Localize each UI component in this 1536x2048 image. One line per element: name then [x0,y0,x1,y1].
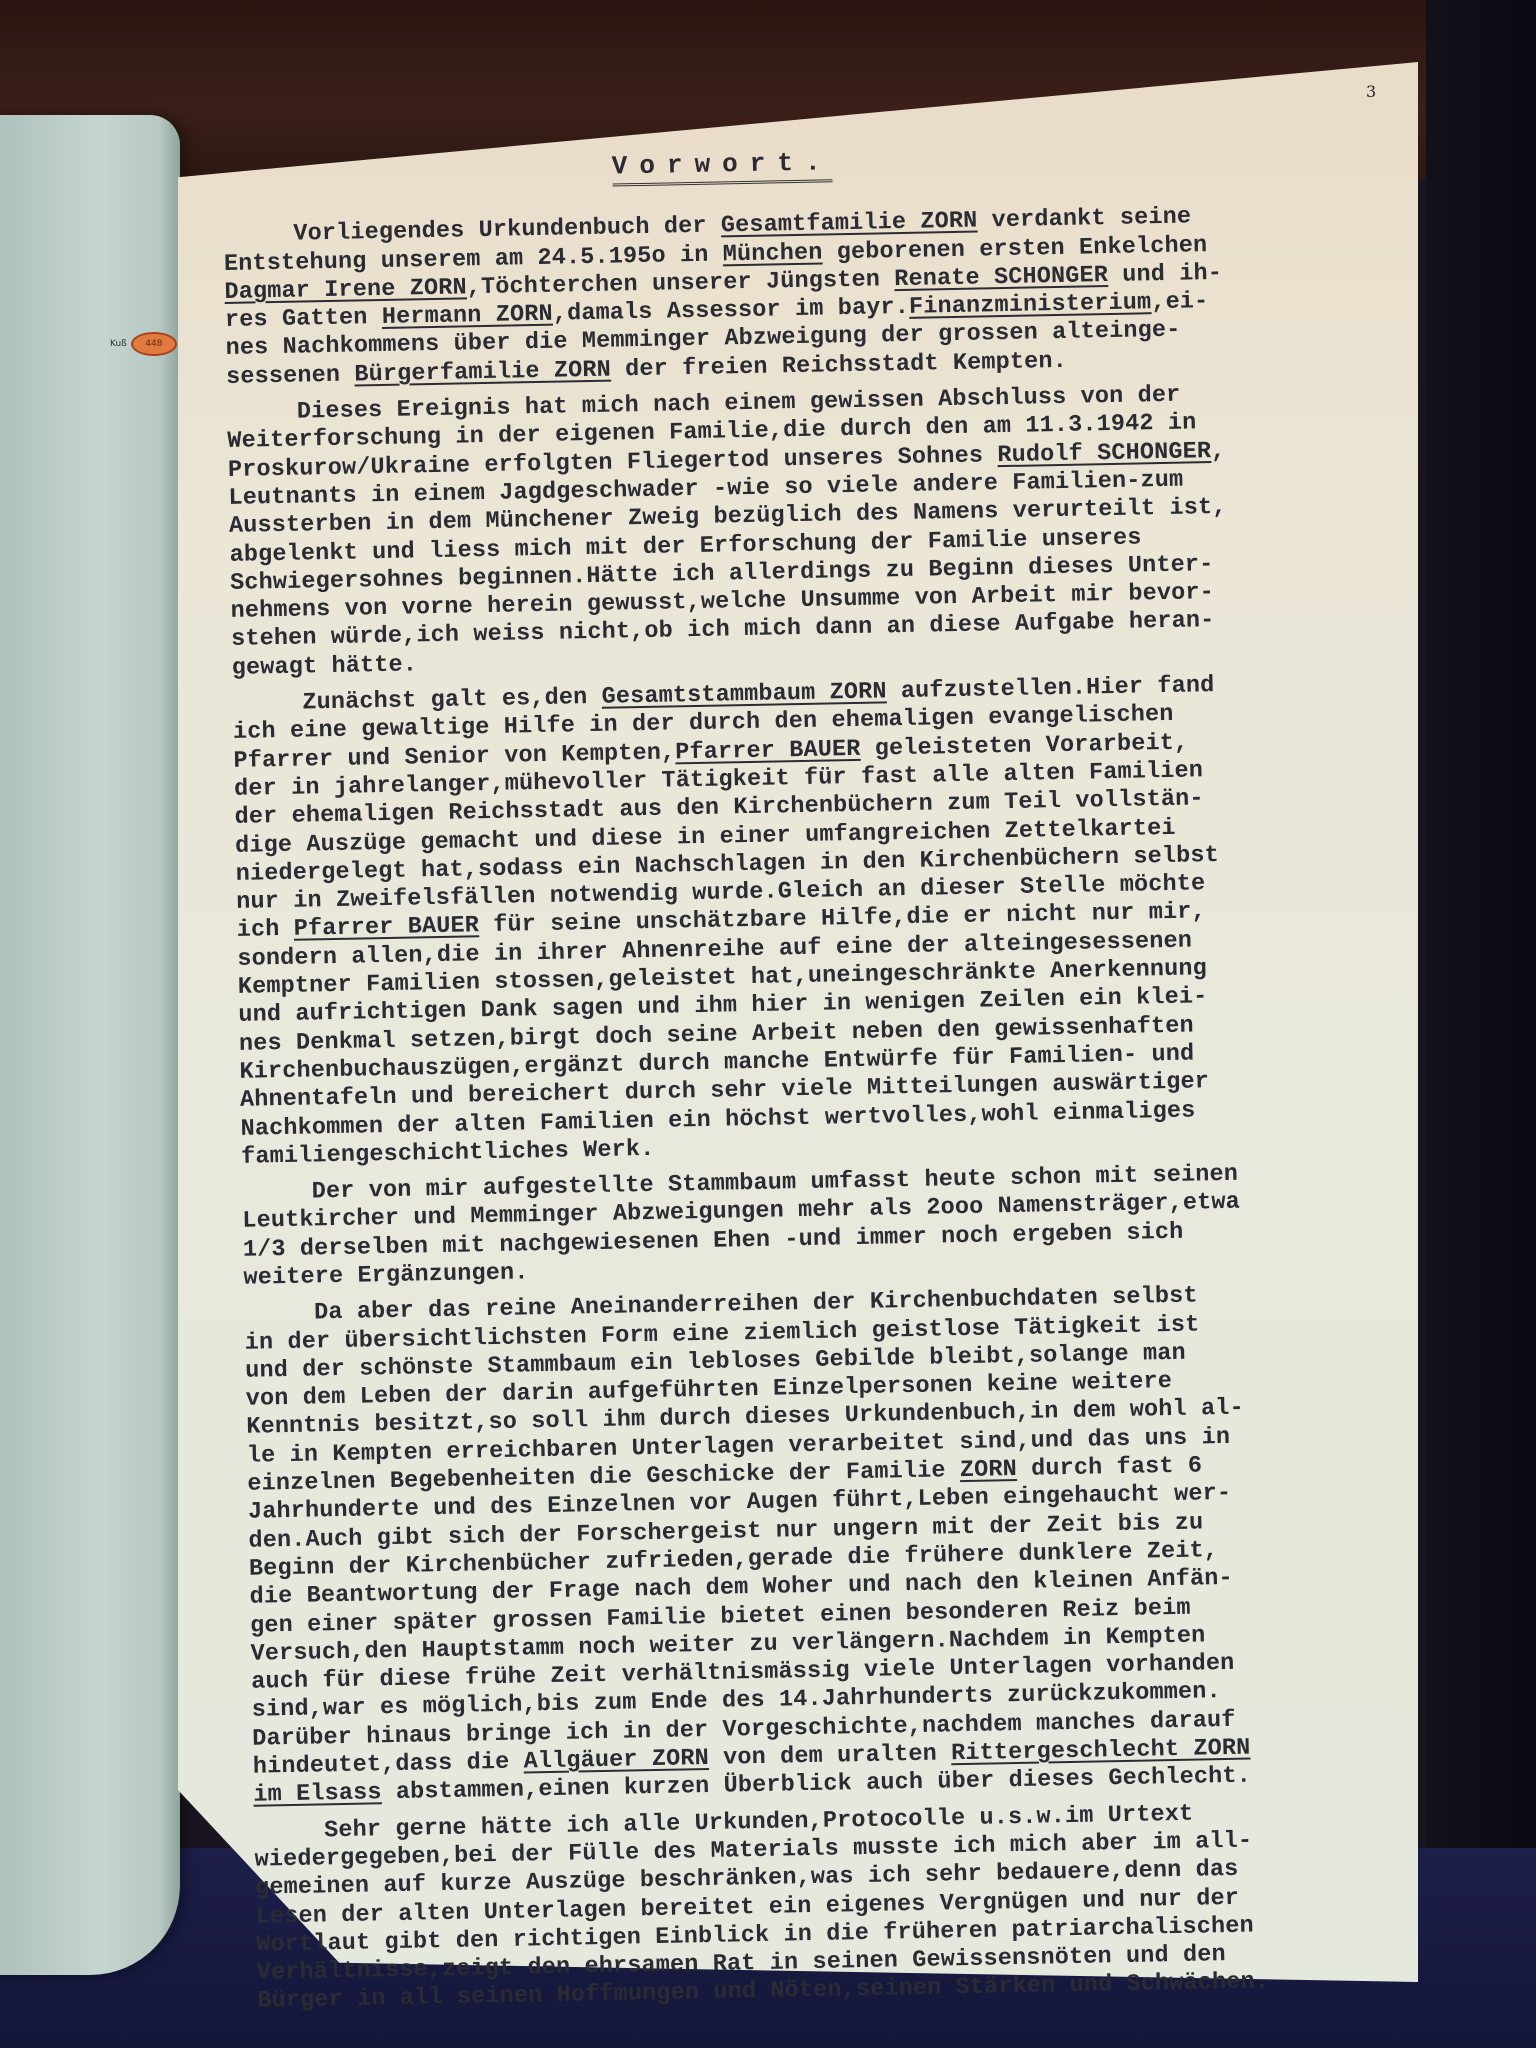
text-run: ich [237,916,295,944]
underlined-name: Rudolf SCHONGER [997,438,1211,469]
underlined-name: Bürgerfamilie ZORN [354,356,611,388]
background-right [1426,0,1536,2048]
left-facing-page [0,115,180,1975]
paragraph: Zunächst galt es,den Gesamtstammbaum ZOR… [232,668,1421,1172]
paragraph: Vorliegendes Urkundenbuch der Gesamtfami… [223,200,1406,392]
text-run: ,ei- [1151,288,1209,316]
paragraph: Der von mir aufgestellte Stammbaum umfas… [242,1157,1424,1293]
margin-stamp: Kuß 448 [110,332,177,356]
text-run: res Gatten [225,304,382,334]
text-run: hindeutet,dass die [253,1749,524,1781]
text-run: verdankt seine [977,204,1191,235]
text-run: , [1211,437,1226,464]
underlined-name: Finanzministerium [909,289,1152,321]
paragraph-container: Vorliegendes Urkundenbuch der Gesamtfami… [223,200,1437,2017]
text-run: Zunächst galt es,den [302,684,602,717]
underlined-name: ZORN [960,1456,1018,1484]
text-run: sessenen [226,361,355,390]
text-run: gewagt hätte. [231,651,417,682]
text-run: durch fast 6 [1017,1452,1203,1483]
underlined-name: Gesamtstammbaum ZORN [601,678,887,710]
underlined-name: Hermann ZORN [382,301,554,331]
paragraph: Da aber das reine Aneinanderreihen der K… [244,1278,1434,1810]
underlined-name: München [722,239,822,268]
underlined-name: Gesamtfamilie ZORN [721,208,978,240]
underlined-name: im Elsass [253,1780,382,1809]
text-run: von dem uralten [709,1740,952,1772]
left-page-bleed-text [0,1707,99,1724]
margin-stamp-oval: 448 [131,332,177,356]
paragraph: Dieses Ereignis hat mich nach einem gewi… [227,377,1412,683]
page-number: 3 [1366,82,1376,101]
underlined-name: Renate SCHONGER [894,262,1108,293]
paragraph: Sehr gerne hätte ich alle Urkunden,Proto… [254,1796,1438,2017]
text-run: weitere Ergänzungen. [243,1259,529,1291]
underlined-name: Pfarrer BAUER [294,913,480,944]
margin-stamp-label: Kuß [110,339,127,349]
underlined-name: Pfarrer BAUER [675,735,861,766]
underlined-name: Allgäuer ZORN [523,1745,709,1776]
page-title-text: Vorwort. [611,147,832,186]
text-run: und ih- [1108,260,1223,289]
underlined-name: Dagmar Irene ZORN [224,274,467,306]
typed-text-block: Vorwort. Vorliegendes Urkundenbuch der G… [222,137,1437,2016]
